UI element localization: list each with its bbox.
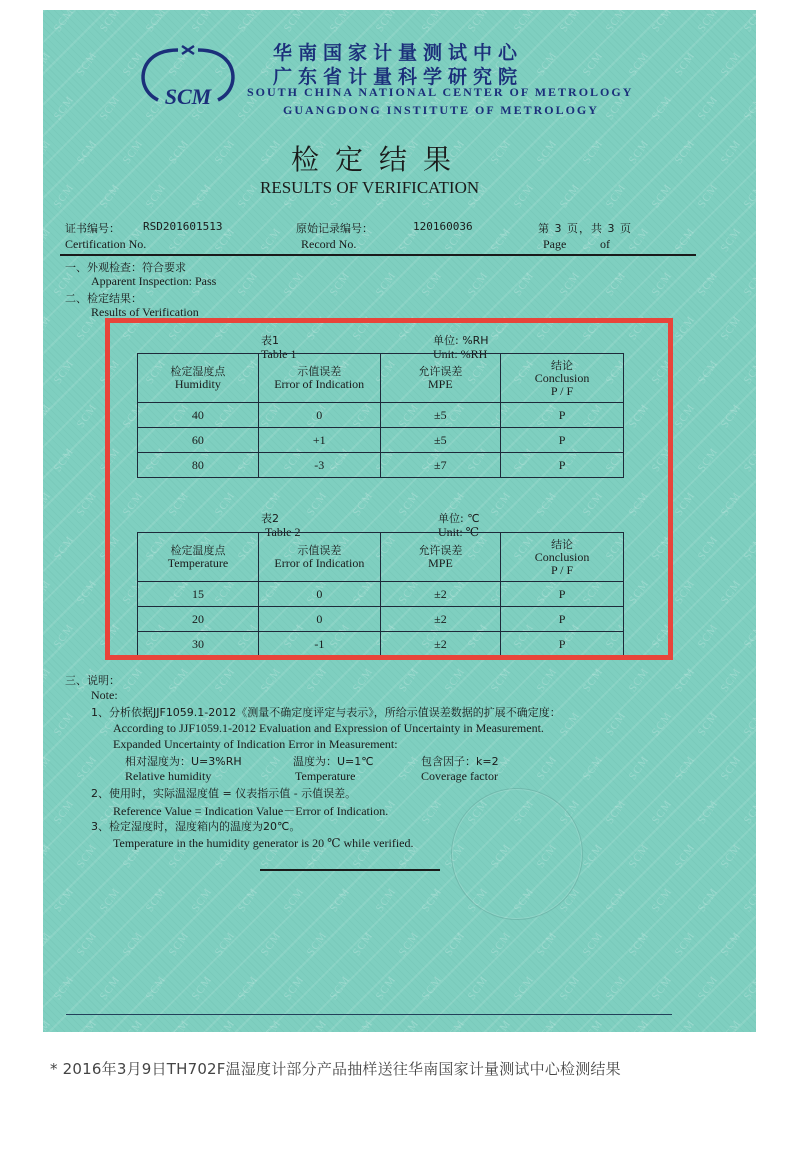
org-name-cn-1: 华南国家计量测试中心 (273, 38, 523, 65)
highlight-box (105, 318, 673, 660)
page-label-en: Page (543, 237, 566, 252)
cert-label-en: Certification No. (65, 237, 146, 252)
coverage-factor-en: Coverage factor (421, 769, 498, 784)
meta-divider (60, 254, 696, 256)
section-1-cn: 一、外观检查：符合要求 (65, 259, 186, 275)
org-name-en-2: GUANGDONG INSTITUTE OF METROLOGY (283, 103, 599, 118)
coverage-factor-cn: 包含因子：k=2 (421, 753, 499, 769)
title-cn: 检定结果 (291, 138, 467, 178)
footer-line (66, 1014, 672, 1015)
end-of-notes-line (260, 869, 440, 871)
org-name-en-1: SOUTH CHINA NATIONAL CENTER OF METROLOGY (247, 85, 633, 100)
record-label-cn: 原始记录编号： (296, 220, 373, 236)
note-3-cn: 3、检定湿度时，湿度箱内的温度为20℃。 (91, 818, 300, 834)
certificate-document: SCMSCMSCMSCMSCMSCMSCMSCMSCMSCMSCMSCMSCMS… (43, 10, 756, 1032)
scm-logo-icon: SCM (138, 38, 238, 110)
title-en: RESULTS OF VERIFICATION (260, 178, 479, 198)
uncertainty-temp-cn: 温度为：U=1℃ (293, 753, 374, 769)
uncertainty-rh-en: Relative humidity (125, 769, 211, 784)
cert-number: RSD201601513 (143, 220, 222, 233)
note-2-cn: 2、使用时，实际温湿度值 = 仪表指示值 - 示值误差。 (91, 785, 356, 801)
uncertainty-temp-en: Temperature (295, 769, 355, 784)
section-1-en: Apparent Inspection: Pass (91, 274, 216, 289)
image-caption: * 2016年3月9日TH702F温湿度计部分产品抽样送往华南国家计量测试中心检… (50, 1058, 621, 1079)
cert-label-cn: 证书编号： (65, 220, 120, 236)
page-number-cn: 第 3 页，共 3 页 (538, 220, 632, 236)
uncertainty-rh-cn: 相对湿度为：U=3%RH (125, 753, 242, 769)
note-1-en-2: Expanded Uncertainty of Indication Error… (113, 737, 398, 752)
note-3-en: Temperature in the humidity generator is… (113, 836, 414, 851)
record-number: 120160036 (413, 220, 473, 233)
of-label-en: of (600, 237, 610, 252)
notes-heading-en: Note: (91, 688, 118, 703)
embossed-seal (451, 788, 583, 920)
notes-heading-cn: 三、说明： (65, 672, 120, 688)
section-2-cn: 二、检定结果： (65, 290, 142, 306)
note-1-en-1: According to JJF1059.1-2012 Evaluation a… (113, 721, 544, 736)
record-label-en: Record No. (301, 237, 356, 252)
svg-text:SCM: SCM (165, 84, 213, 109)
note-1-cn: 1、分析依据JJF1059.1-2012《测量不确定度评定与表示》，所给示值误差… (91, 704, 561, 720)
note-2-en: Reference Value = Indication Value－Error… (113, 802, 388, 819)
